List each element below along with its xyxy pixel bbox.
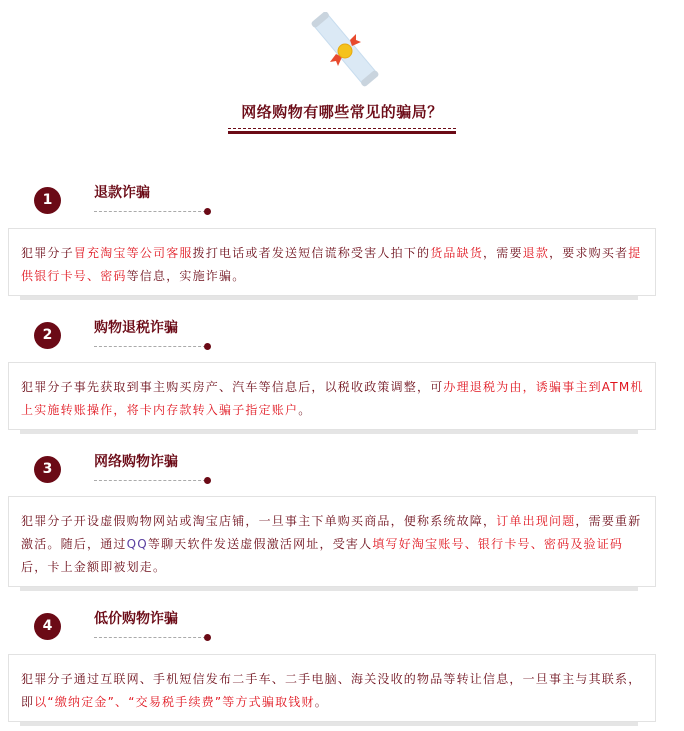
title-solid-divider: [228, 131, 456, 134]
body-text: 。: [315, 695, 328, 709]
section-title: 网络购物诈骗: [94, 452, 178, 472]
body-text: 犯罪分子事先获取到事主购买房产、汽车等信息后，以税收政策调整，可: [21, 380, 443, 394]
body-text: ，需要: [483, 246, 523, 260]
body-text: 等聊天软件发送虚假激活网址，受害人: [148, 537, 372, 551]
highlighted-text: 填写好淘宝账号、银行卡号、密码及验证码: [372, 537, 623, 551]
dot-marker: [204, 343, 211, 350]
card-text: 犯罪分子开设虚假购物网站或淘宝店铺，一旦事主下单购买商品，便称系统故障，订单出现…: [21, 514, 641, 574]
number-badge: 3: [34, 456, 61, 483]
dot-marker: [204, 634, 211, 641]
card-shadow: [20, 587, 638, 591]
body-text: 后，卡上金额即被划走。: [21, 560, 166, 574]
body-text: ，要求购买者: [549, 246, 628, 260]
dashed-divider: [94, 637, 206, 638]
number-badge: 2: [34, 322, 61, 349]
diploma-scroll-icon: [300, 12, 390, 87]
body-text: 等信息，实施诈骗。: [127, 269, 246, 283]
body-text: 拨打电话或者发送短信谎称受害人拍下的: [193, 246, 431, 260]
highlighted-text: 退款: [523, 246, 549, 260]
card-text: 犯罪分子事先获取到事主购买房产、汽车等信息后，以税收政策调整，可办理退税为由，诱…: [21, 380, 644, 417]
section-title: 低价购物诈骗: [94, 609, 178, 629]
highlighted-text: 订单出现问题: [496, 514, 575, 528]
title-dashed-divider: [228, 128, 456, 129]
section-title: 购物退税诈骗: [94, 318, 178, 338]
highlighted-text: 冒充淘宝等公司客服: [74, 246, 193, 260]
body-text: 。: [298, 403, 311, 417]
section-header-1: 1 退款诈骗: [34, 183, 234, 219]
page-title: 网络购物有哪些常见的骗局？: [228, 102, 456, 122]
card-text: 犯罪分子冒充淘宝等公司客服拨打电话或者发送短信谎称受害人拍下的货品缺货，需要退款…: [21, 246, 641, 283]
section-header-2: 2 购物退税诈骗: [34, 318, 234, 354]
card-text: 犯罪分子通过互联网、手机短信发布二手车、二手电脑、海关没收的物品等转让信息，一旦…: [21, 672, 641, 709]
body-text: 犯罪分子: [21, 246, 74, 260]
dashed-divider: [94, 480, 206, 481]
page-title-block: 网络购物有哪些常见的骗局？: [228, 102, 456, 134]
section-header-4: 4 低价购物诈骗: [34, 609, 234, 645]
highlighted-text: 货品缺货: [430, 246, 483, 260]
card-shadow: [20, 430, 638, 434]
dot-marker: [204, 208, 211, 215]
section-card-2: 犯罪分子事先获取到事主购买房产、汽车等信息后，以税收政策调整，可办理退税为由，诱…: [8, 362, 656, 430]
body-text: 犯罪分子开设虚假购物网站或淘宝店铺，一旦事主下单购买商品，便称系统故障，: [21, 514, 496, 528]
section-card-4: 犯罪分子通过互联网、手机短信发布二手车、二手电脑、海关没收的物品等转让信息，一旦…: [8, 654, 656, 722]
section-title: 退款诈骗: [94, 183, 150, 203]
dashed-divider: [94, 211, 206, 212]
card-shadow: [20, 722, 638, 726]
dot-marker: [204, 477, 211, 484]
highlighted-text: 以“缴纳定金”、“交易税手续费”等方式骗取钱财: [34, 695, 314, 709]
number-badge: 1: [34, 187, 61, 214]
number-badge: 4: [34, 613, 61, 640]
card-shadow: [20, 296, 638, 300]
section-card-3: 犯罪分子开设虚假购物网站或淘宝店铺，一旦事主下单购买商品，便称系统故障，订单出现…: [8, 496, 656, 587]
section-header-3: 3 网络购物诈骗: [34, 452, 234, 488]
section-card-1: 犯罪分子冒充淘宝等公司客服拨打电话或者发送短信谎称受害人拍下的货品缺货，需要退款…: [8, 228, 656, 296]
body-text: QQ: [127, 537, 148, 551]
dashed-divider: [94, 346, 206, 347]
